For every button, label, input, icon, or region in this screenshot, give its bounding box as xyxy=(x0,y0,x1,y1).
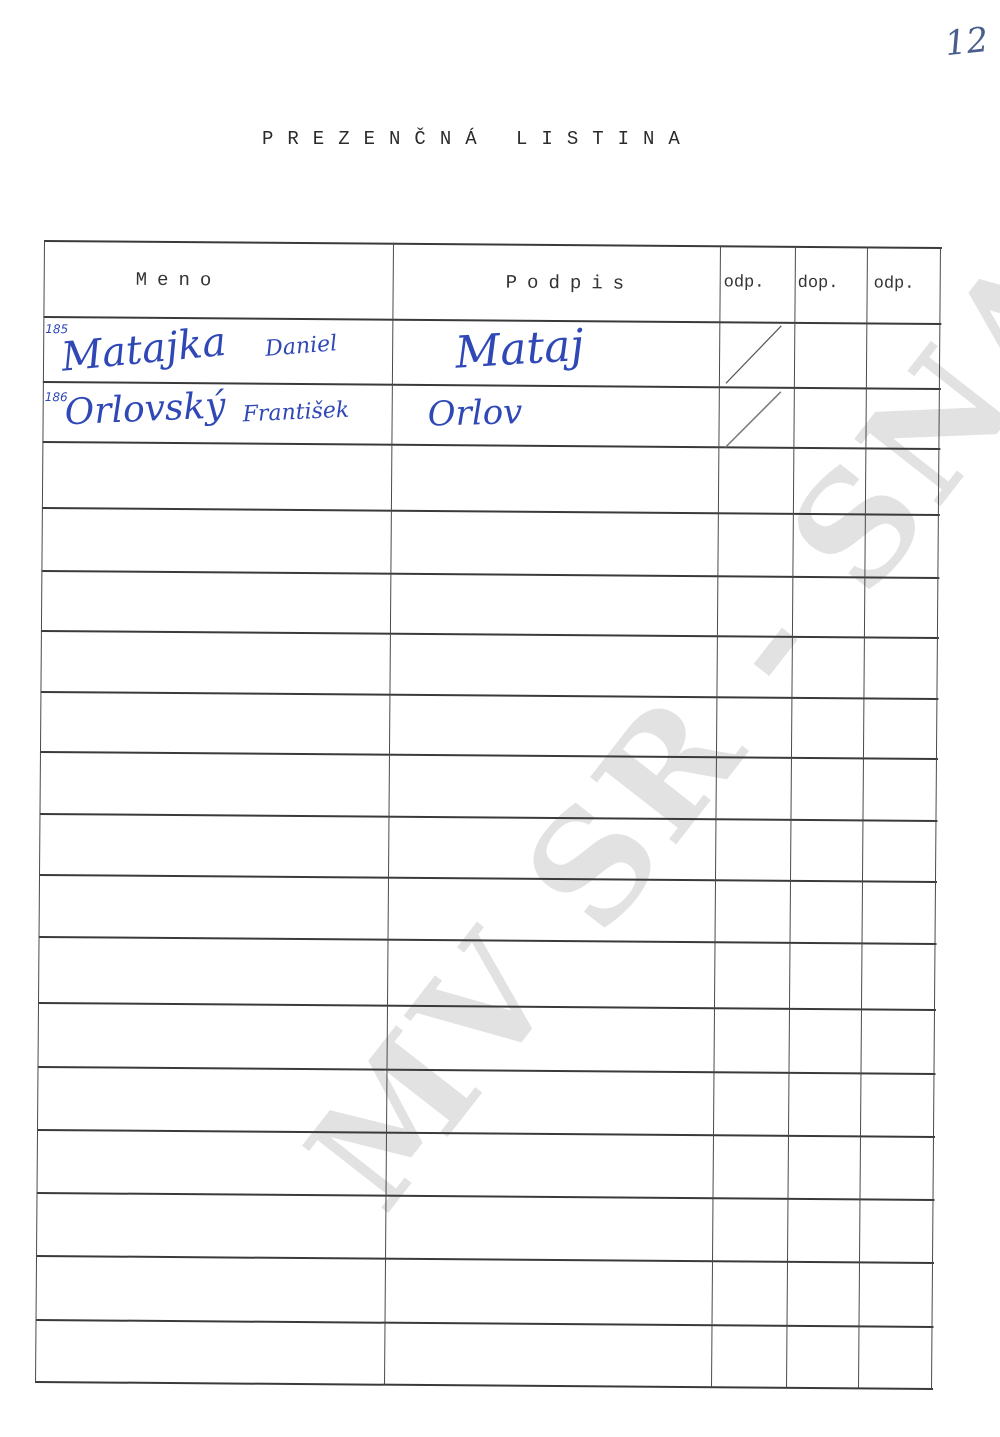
row-line xyxy=(36,1255,934,1264)
row-line xyxy=(40,751,938,760)
document-title: PREZENČNÁ LISTINA xyxy=(262,128,694,150)
attendance-table: Meno Podpis odp. dop. odp. 185 Matajka D… xyxy=(35,240,942,1389)
row-line xyxy=(41,630,939,639)
row-line xyxy=(39,874,937,883)
row-line xyxy=(41,570,939,579)
row-line xyxy=(39,813,937,822)
page-number: 12 xyxy=(943,20,990,64)
table-bottom-border xyxy=(35,1381,933,1390)
row-line xyxy=(38,1066,936,1075)
check-mark-icon xyxy=(42,240,942,507)
row-line xyxy=(39,936,937,945)
row-line xyxy=(36,1319,934,1328)
row-line xyxy=(37,1129,935,1138)
row-line xyxy=(40,691,938,700)
row-line xyxy=(42,507,940,516)
row-line xyxy=(38,1002,936,1011)
row-line xyxy=(37,1192,935,1201)
